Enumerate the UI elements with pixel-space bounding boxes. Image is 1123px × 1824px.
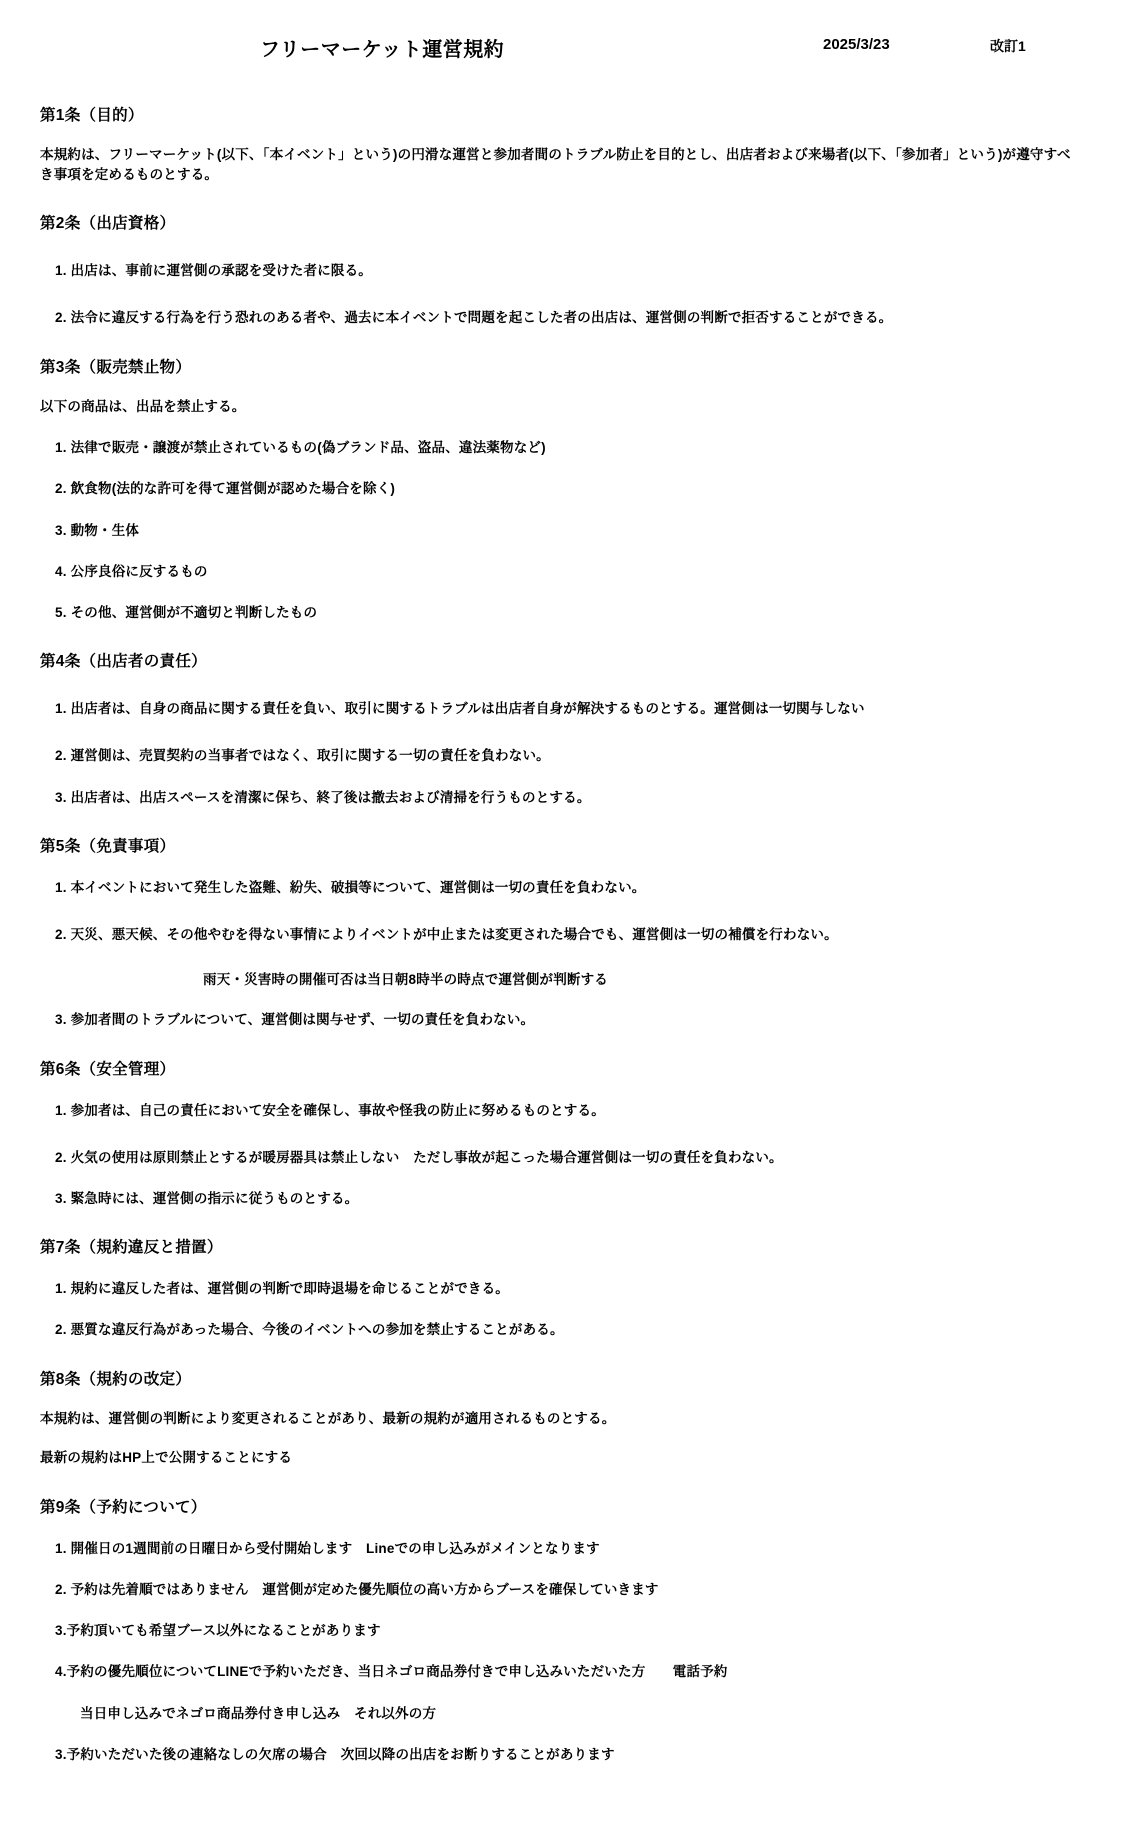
article-6-item-1: 1. 参加者は、自己の責任において安全を確保し、事故や怪我の防止に努めるものとす… <box>40 1102 1083 1120</box>
section-article-3: 第3条（販売禁止物） 以下の商品は、出品を禁止する。 1. 法律で販売・譲渡が禁… <box>40 355 1083 623</box>
article-9-item-4-subline: 当日申し込みでネゴロ商品券付き申し込み それ以外の方 <box>40 1705 1083 1723</box>
doc-header: フリーマーケット運営規約 2025/3/23 改訂1 <box>40 33 1083 59</box>
page-title: フリーマーケット運営規約 <box>260 33 504 62</box>
article-8-paragraph-1: 本規約は、運営側の判断により変更されることがあり、最新の規約が適用されるものとす… <box>40 1409 1083 1429</box>
section-article-8: 第8条（規約の改定） 本規約は、運営側の判断により変更されることがあり、最新の規… <box>40 1367 1083 1468</box>
article-9-item-2: 2. 予約は先着順ではありません 運営側が定めた優先順位の高い方からブースを確保… <box>40 1581 1083 1599</box>
doc-date: 2025/3/23 <box>823 36 890 53</box>
article-5-item-3: 3. 参加者間のトラブルについて、運営側は関与せず、一切の責任を負わない。 <box>40 1011 1083 1029</box>
section-article-7: 第7条（規約違反と措置） 1. 規約に違反した者は、運営側の判断で即時退場を命じ… <box>40 1235 1083 1339</box>
article-4-item-3: 3. 出店者は、出店スペースを清潔に保ち、終了後は撤去および清掃を行うものとする… <box>40 789 1083 807</box>
article-3-item-3: 3. 動物・生体 <box>40 522 1083 540</box>
article-9-heading: 第9条（予約について） <box>40 1495 1083 1517</box>
article-6-item-3: 3. 緊急時には、運営側の指示に従うものとする。 <box>40 1190 1083 1208</box>
article-6-heading: 第6条（安全管理） <box>40 1057 1083 1079</box>
article-4-heading: 第4条（出店者の責任） <box>40 649 1083 671</box>
article-9-item-1: 1. 開催日の1週間前の日曜日から受付開始します Lineでの申し込みがメインと… <box>40 1540 1083 1558</box>
article-5-item-2: 2. 天災、悪天候、その他やむを得ない事情によりイベントが中止または変更された場… <box>40 926 1083 944</box>
article-5-heading: 第5条（免責事項） <box>40 834 1083 856</box>
document-page: フリーマーケット運営規約 2025/3/23 改訂1 第1条（目的） 本規約は、… <box>0 0 1123 1824</box>
article-1-heading: 第1条（目的） <box>40 103 1083 125</box>
article-3-item-1: 1. 法律で販売・譲渡が禁止されているもの(偽ブランド品、盗品、違法薬物など) <box>40 439 1083 457</box>
section-article-4: 第4条（出店者の責任） 1. 出店者は、自身の商品に関する責任を負い、取引に関す… <box>40 649 1083 807</box>
article-3-heading: 第3条（販売禁止物） <box>40 355 1083 377</box>
article-1-paragraph: 本規約は、フリーマーケット(以下、「本イベント」という)の円滑な運営と参加者間の… <box>40 145 1083 184</box>
article-3-intro: 以下の商品は、出品を禁止する。 <box>40 397 1083 417</box>
article-7-item-1: 1. 規約に違反した者は、運営側の判断で即時退場を命じることができる。 <box>40 1280 1083 1298</box>
article-7-item-2: 2. 悪質な違反行為があった場合、今後のイベントへの参加を禁止することがある。 <box>40 1321 1083 1339</box>
article-3-item-4: 4. 公序良俗に反するもの <box>40 563 1083 581</box>
article-9-item-4: 4.予約の優先順位についてLINEで予約いただき、当日ネゴロ商品券付きで申し込み… <box>40 1663 1083 1681</box>
article-5-rain-note: 雨天・災害時の開催可否は当日朝8時半の時点で運営側が判断する <box>40 968 1083 988</box>
article-4-item-1: 1. 出店者は、自身の商品に関する責任を負い、取引に関するトラブルは出店者自身が… <box>40 700 1083 718</box>
article-9-item-5: 3.予約いただいた後の連絡なしの欠席の場合 次回以降の出店をお断りすることがあり… <box>40 1746 1083 1764</box>
section-article-6: 第6条（安全管理） 1. 参加者は、自己の責任において安全を確保し、事故や怪我の… <box>40 1057 1083 1209</box>
article-7-heading: 第7条（規約違反と措置） <box>40 1235 1083 1257</box>
article-2-item-1: 1. 出店は、事前に運営側の承認を受けた者に限る。 <box>40 262 1083 280</box>
section-article-9: 第9条（予約について） 1. 開催日の1週間前の日曜日から受付開始します Lin… <box>40 1495 1083 1764</box>
article-3-item-5: 5. その他、運営側が不適切と判断したもの <box>40 604 1083 622</box>
doc-revision: 改訂1 <box>990 36 1026 56</box>
article-3-item-2: 2. 飲食物(法的な許可を得て運営側が認めた場合を除く) <box>40 480 1083 498</box>
article-2-item-2: 2. 法令に違反する行為を行う恐れのある者や、過去に本イベントで問題を起こした者… <box>40 309 1083 327</box>
section-article-1: 第1条（目的） 本規約は、フリーマーケット(以下、「本イベント」という)の円滑な… <box>40 103 1083 184</box>
article-5-item-1: 1. 本イベントにおいて発生した盗難、紛失、破損等について、運営側は一切の責任を… <box>40 879 1083 897</box>
article-8-paragraph-2: 最新の規約はHP上で公開することにする <box>40 1448 1083 1468</box>
article-8-heading: 第8条（規約の改定） <box>40 1367 1083 1389</box>
article-2-heading: 第2条（出店資格） <box>40 211 1083 233</box>
article-9-item-3: 3.予約頂いても希望ブース以外になることがあります <box>40 1622 1083 1640</box>
section-article-5: 第5条（免責事項） 1. 本イベントにおいて発生した盗難、紛失、破損等について、… <box>40 834 1083 1030</box>
article-6-item-2: 2. 火気の使用は原則禁止とするが暖房器具は禁止しない ただし事故が起こった場合… <box>40 1149 1083 1167</box>
article-4-item-2: 2. 運営側は、売買契約の当事者ではなく、取引に関する一切の責任を負わない。 <box>40 747 1083 765</box>
section-article-2: 第2条（出店資格） 1. 出店は、事前に運営側の承認を受けた者に限る。 2. 法… <box>40 211 1083 327</box>
